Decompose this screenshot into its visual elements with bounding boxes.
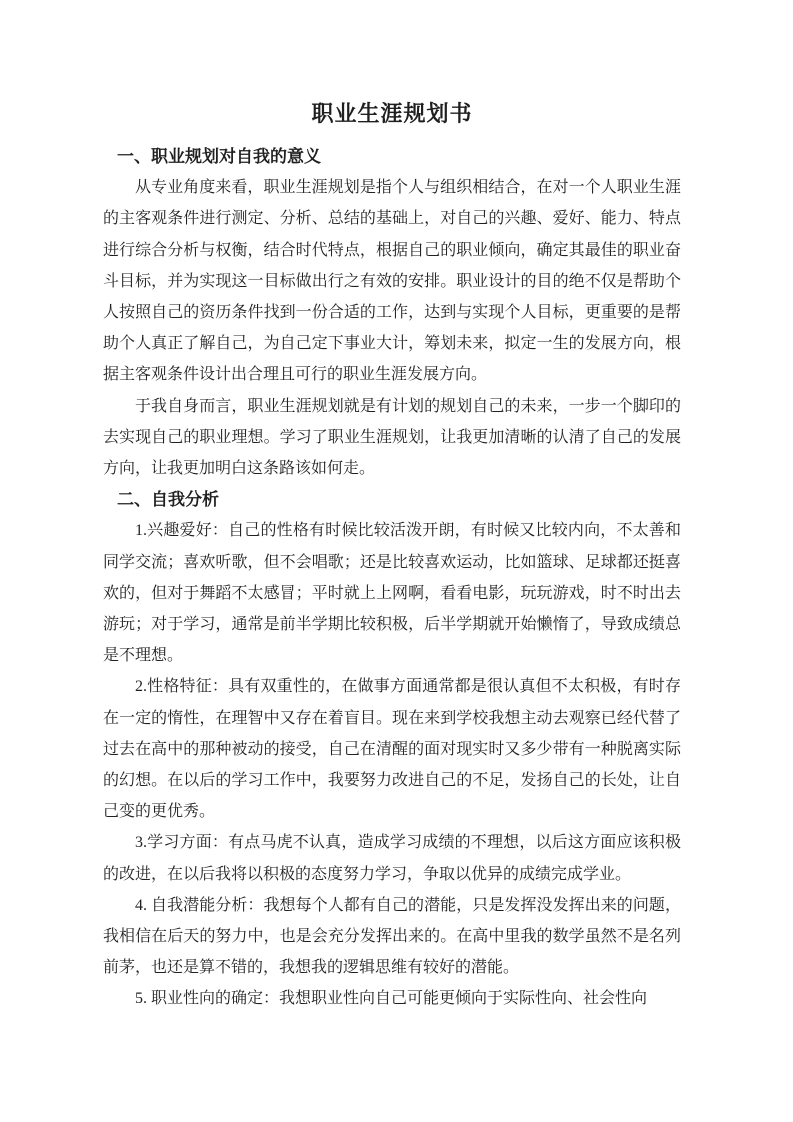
- paragraph-item-study: 3.学习方面：有点马虎不认真，造成学习成绩的不理想，以后这方面应该积极的改进，在…: [103, 827, 681, 889]
- paragraph-item-career-orientation: 5. 职业性向的确定：我想职业性向自己可能更倾向于实际性向、社会性向: [103, 983, 681, 1014]
- document-title: 职业生涯规划书: [103, 99, 681, 129]
- paragraph: 于我自身而言，职业生涯规划就是有计划的规划自己的未来，一步一个脚印的去实现自己的…: [103, 391, 681, 485]
- paragraph: 从专业角度来看，职业生涯规划是指个人与组织相结合，在对一个人职业生涯的主客观条件…: [103, 172, 681, 390]
- document-page: 职业生涯规划书 一、职业规划对自我的意义 从专业角度来看，职业生涯规划是指个人与…: [0, 0, 793, 1122]
- paragraph-item-potential: 4. 自我潜能分析：我想每个人都有自己的潜能，只是发挥没发挥出来的问题，我相信在…: [103, 890, 681, 984]
- document-body: 职业生涯规划书 一、职业规划对自我的意义 从专业角度来看，职业生涯规划是指个人与…: [103, 0, 681, 1015]
- section-heading-career-planning-meaning: 一、职业规划对自我的意义: [103, 141, 681, 172]
- paragraph-item-personality: 2.性格特征：具有双重性的，在做事方面通常都是很认真但不太积极，有时存在一定的惰…: [103, 671, 681, 827]
- section-heading-self-analysis: 二、自我分析: [103, 484, 681, 515]
- paragraph-item-interests: 1.兴趣爱好：自己的性格有时候比较活泼开朗，有时候又比较内向，不太善和同学交流；…: [103, 515, 681, 671]
